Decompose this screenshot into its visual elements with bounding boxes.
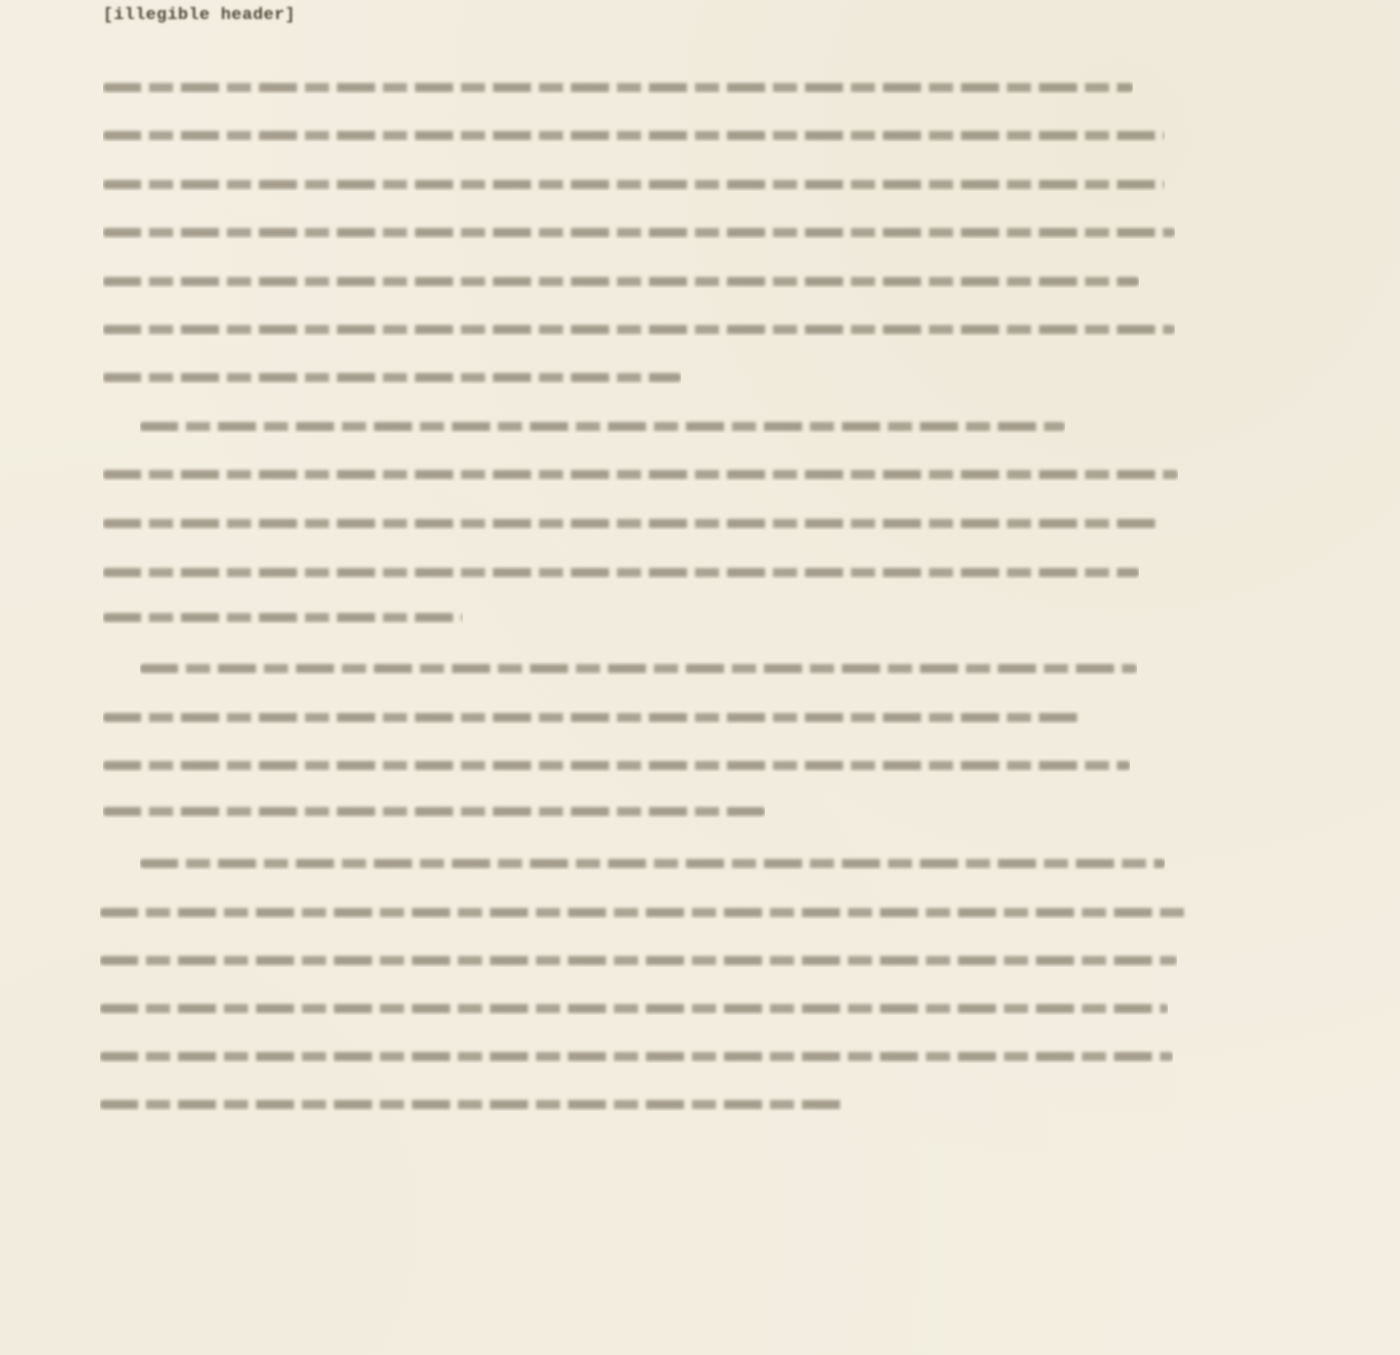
blurred-ink <box>103 180 1165 189</box>
text-line: [illegible] <box>100 953 1177 967</box>
blurred-ink <box>103 713 1083 722</box>
text-line: [illegible] <box>103 370 681 384</box>
blurred-ink <box>100 1100 848 1109</box>
blurred-ink <box>103 83 1133 92</box>
text-line: [illegible] <box>103 610 463 624</box>
blurred-ink <box>100 956 1177 965</box>
text-line: [illegible] <box>100 1001 1168 1015</box>
text-line: [illegible] <box>103 177 1165 191</box>
blurred-ink <box>103 519 1163 528</box>
text-line: [illegible] <box>103 710 1083 724</box>
text-line: [illegible] <box>140 661 1137 675</box>
text-line: [illegible] <box>140 419 1065 433</box>
text-line: [illegible] <box>103 516 1163 530</box>
blurred-ink <box>103 568 1139 577</box>
text-line: [illegible] <box>103 128 1165 142</box>
typewritten-page: [illegible header] [illegible][illegible… <box>0 0 1400 1355</box>
blurred-ink <box>103 761 1130 770</box>
text-line: [illegible] <box>103 322 1175 336</box>
blurred-ink <box>103 277 1139 286</box>
text-line: [illegible] <box>100 1097 848 1111</box>
text-line: [illegible] <box>103 467 1178 481</box>
text-line: [illegible] <box>103 804 765 818</box>
blurred-ink <box>100 908 1188 917</box>
text-line: [illegible] <box>103 565 1139 579</box>
document-header: [illegible header] <box>103 6 296 25</box>
blurred-ink <box>103 470 1178 479</box>
text-line: [illegible] <box>100 1049 1173 1063</box>
blurred-ink <box>140 859 1165 868</box>
blurred-ink <box>100 1052 1173 1061</box>
text-line: [illegible] <box>103 274 1139 288</box>
text-line: [illegible] <box>100 905 1188 919</box>
blurred-ink <box>103 228 1175 237</box>
blurred-ink <box>103 131 1165 140</box>
blurred-ink <box>140 422 1065 431</box>
text-line: [illegible] <box>140 856 1165 870</box>
text-line: [illegible] <box>103 758 1130 772</box>
blurred-ink <box>100 1004 1168 1013</box>
blurred-ink <box>140 664 1137 673</box>
blurred-ink <box>103 807 765 816</box>
text-line: [illegible] <box>103 80 1133 94</box>
blurred-ink <box>103 325 1175 334</box>
text-line: [illegible] <box>103 225 1175 239</box>
blurred-ink <box>103 373 681 382</box>
